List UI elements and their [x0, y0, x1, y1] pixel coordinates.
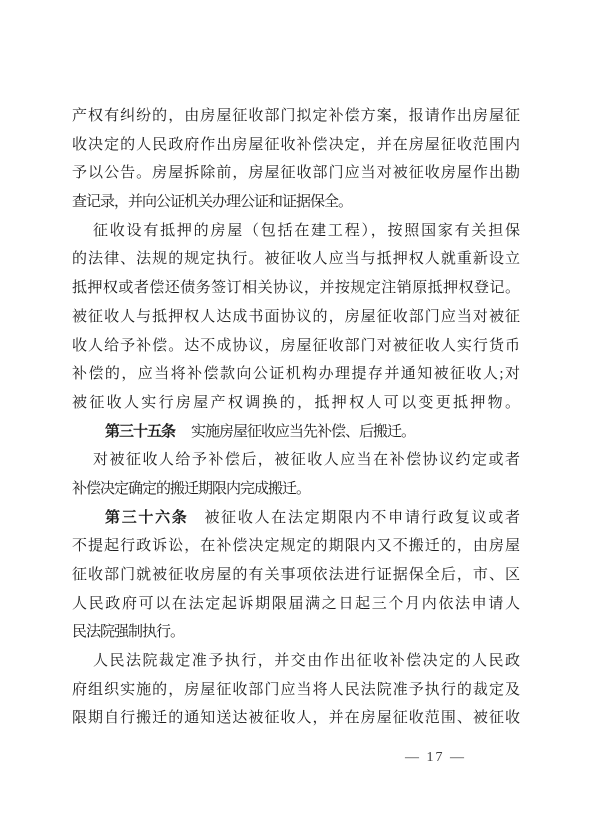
text-line: 的法律、法规的规定执行。被征收人应当与抵押权人就重新设立	[72, 245, 520, 274]
article-number: 第三十六条	[105, 510, 188, 526]
text-line: 府组织实施的，房屋征收部门应当将人民法院准予执行的裁定及	[72, 676, 520, 705]
article-number: 第三十五条	[105, 424, 175, 440]
text-line: 予以公告。房屋拆除前，房屋征收部门应当对被征收房屋作出勘	[72, 159, 520, 188]
article-heading-line: 第三十六条被征收人在法定期限内不申请行政复议或者	[72, 504, 520, 533]
text-line: 被征收人与抵押权人达成书面协议的，房屋征收部门应当对被征	[72, 303, 520, 332]
text-line: 征收设有抵押的房屋（包括在建工程），按照国家有关担保	[72, 217, 520, 246]
text-line: 补偿决定确定的搬迁期限内完成搬迁。	[72, 475, 520, 504]
text-line: 收人给予补偿。达不成协议，房屋征收部门对被征收人实行货币	[72, 332, 520, 361]
text-line: 收决定的人民政府作出房屋征收补偿决定，并在房屋征收范围内	[72, 131, 520, 160]
text-block: 产权有纠纷的，由房屋征收部门拟定补偿方案，报请作出房屋征收决定的人民政府作出房屋…	[72, 102, 520, 733]
text-line: 对被征收人给予补偿后，被征收人应当在补偿协议约定或者	[72, 446, 520, 475]
page-number: — 17 —	[405, 750, 466, 766]
document-page: 产权有纠纷的，由房屋征收部门拟定补偿方案，报请作出房屋征收决定的人民政府作出房屋…	[0, 0, 592, 835]
article-text: 实施房屋征收应当先补偿、后搬迁。	[191, 424, 415, 440]
text-line: 查记录，并向公证机关办理公证和证据保全。	[72, 188, 520, 217]
text-line: 被征收人实行房屋产权调换的，抵押权人可以变更抵押物。	[72, 389, 520, 418]
text-line: 限期自行搬迁的通知送达被征收人，并在房屋征收范围、被征收	[72, 704, 520, 733]
article-heading-line: 第三十五条实施房屋征收应当先补偿、后搬迁。	[72, 418, 520, 447]
article-text: 被征收人在法定期限内不申请行政复议或者	[204, 510, 520, 526]
text-line: 抵押权或者偿还债务签订相关协议，并按规定注销原抵押权登记。	[72, 274, 520, 303]
text-line: 不提起行政诉讼，在补偿决定规定的期限内又不搬迁的，由房屋	[72, 532, 520, 561]
text-line: 补偿的，应当将补偿款向公证机构办理提存并通知被征收人;对	[72, 360, 520, 389]
text-line: 人民政府可以在法定起诉期限届满之日起三个月内依法申请人	[72, 590, 520, 619]
text-line: 征收部门就被征收房屋的有关事项依法进行证据保全后，市、区	[72, 561, 520, 590]
text-line: 民法院强制执行。	[72, 618, 520, 647]
text-line: 人民法院裁定准予执行，并交由作出征收补偿决定的人民政	[72, 647, 520, 676]
text-line: 产权有纠纷的，由房屋征收部门拟定补偿方案，报请作出房屋征	[72, 102, 520, 131]
